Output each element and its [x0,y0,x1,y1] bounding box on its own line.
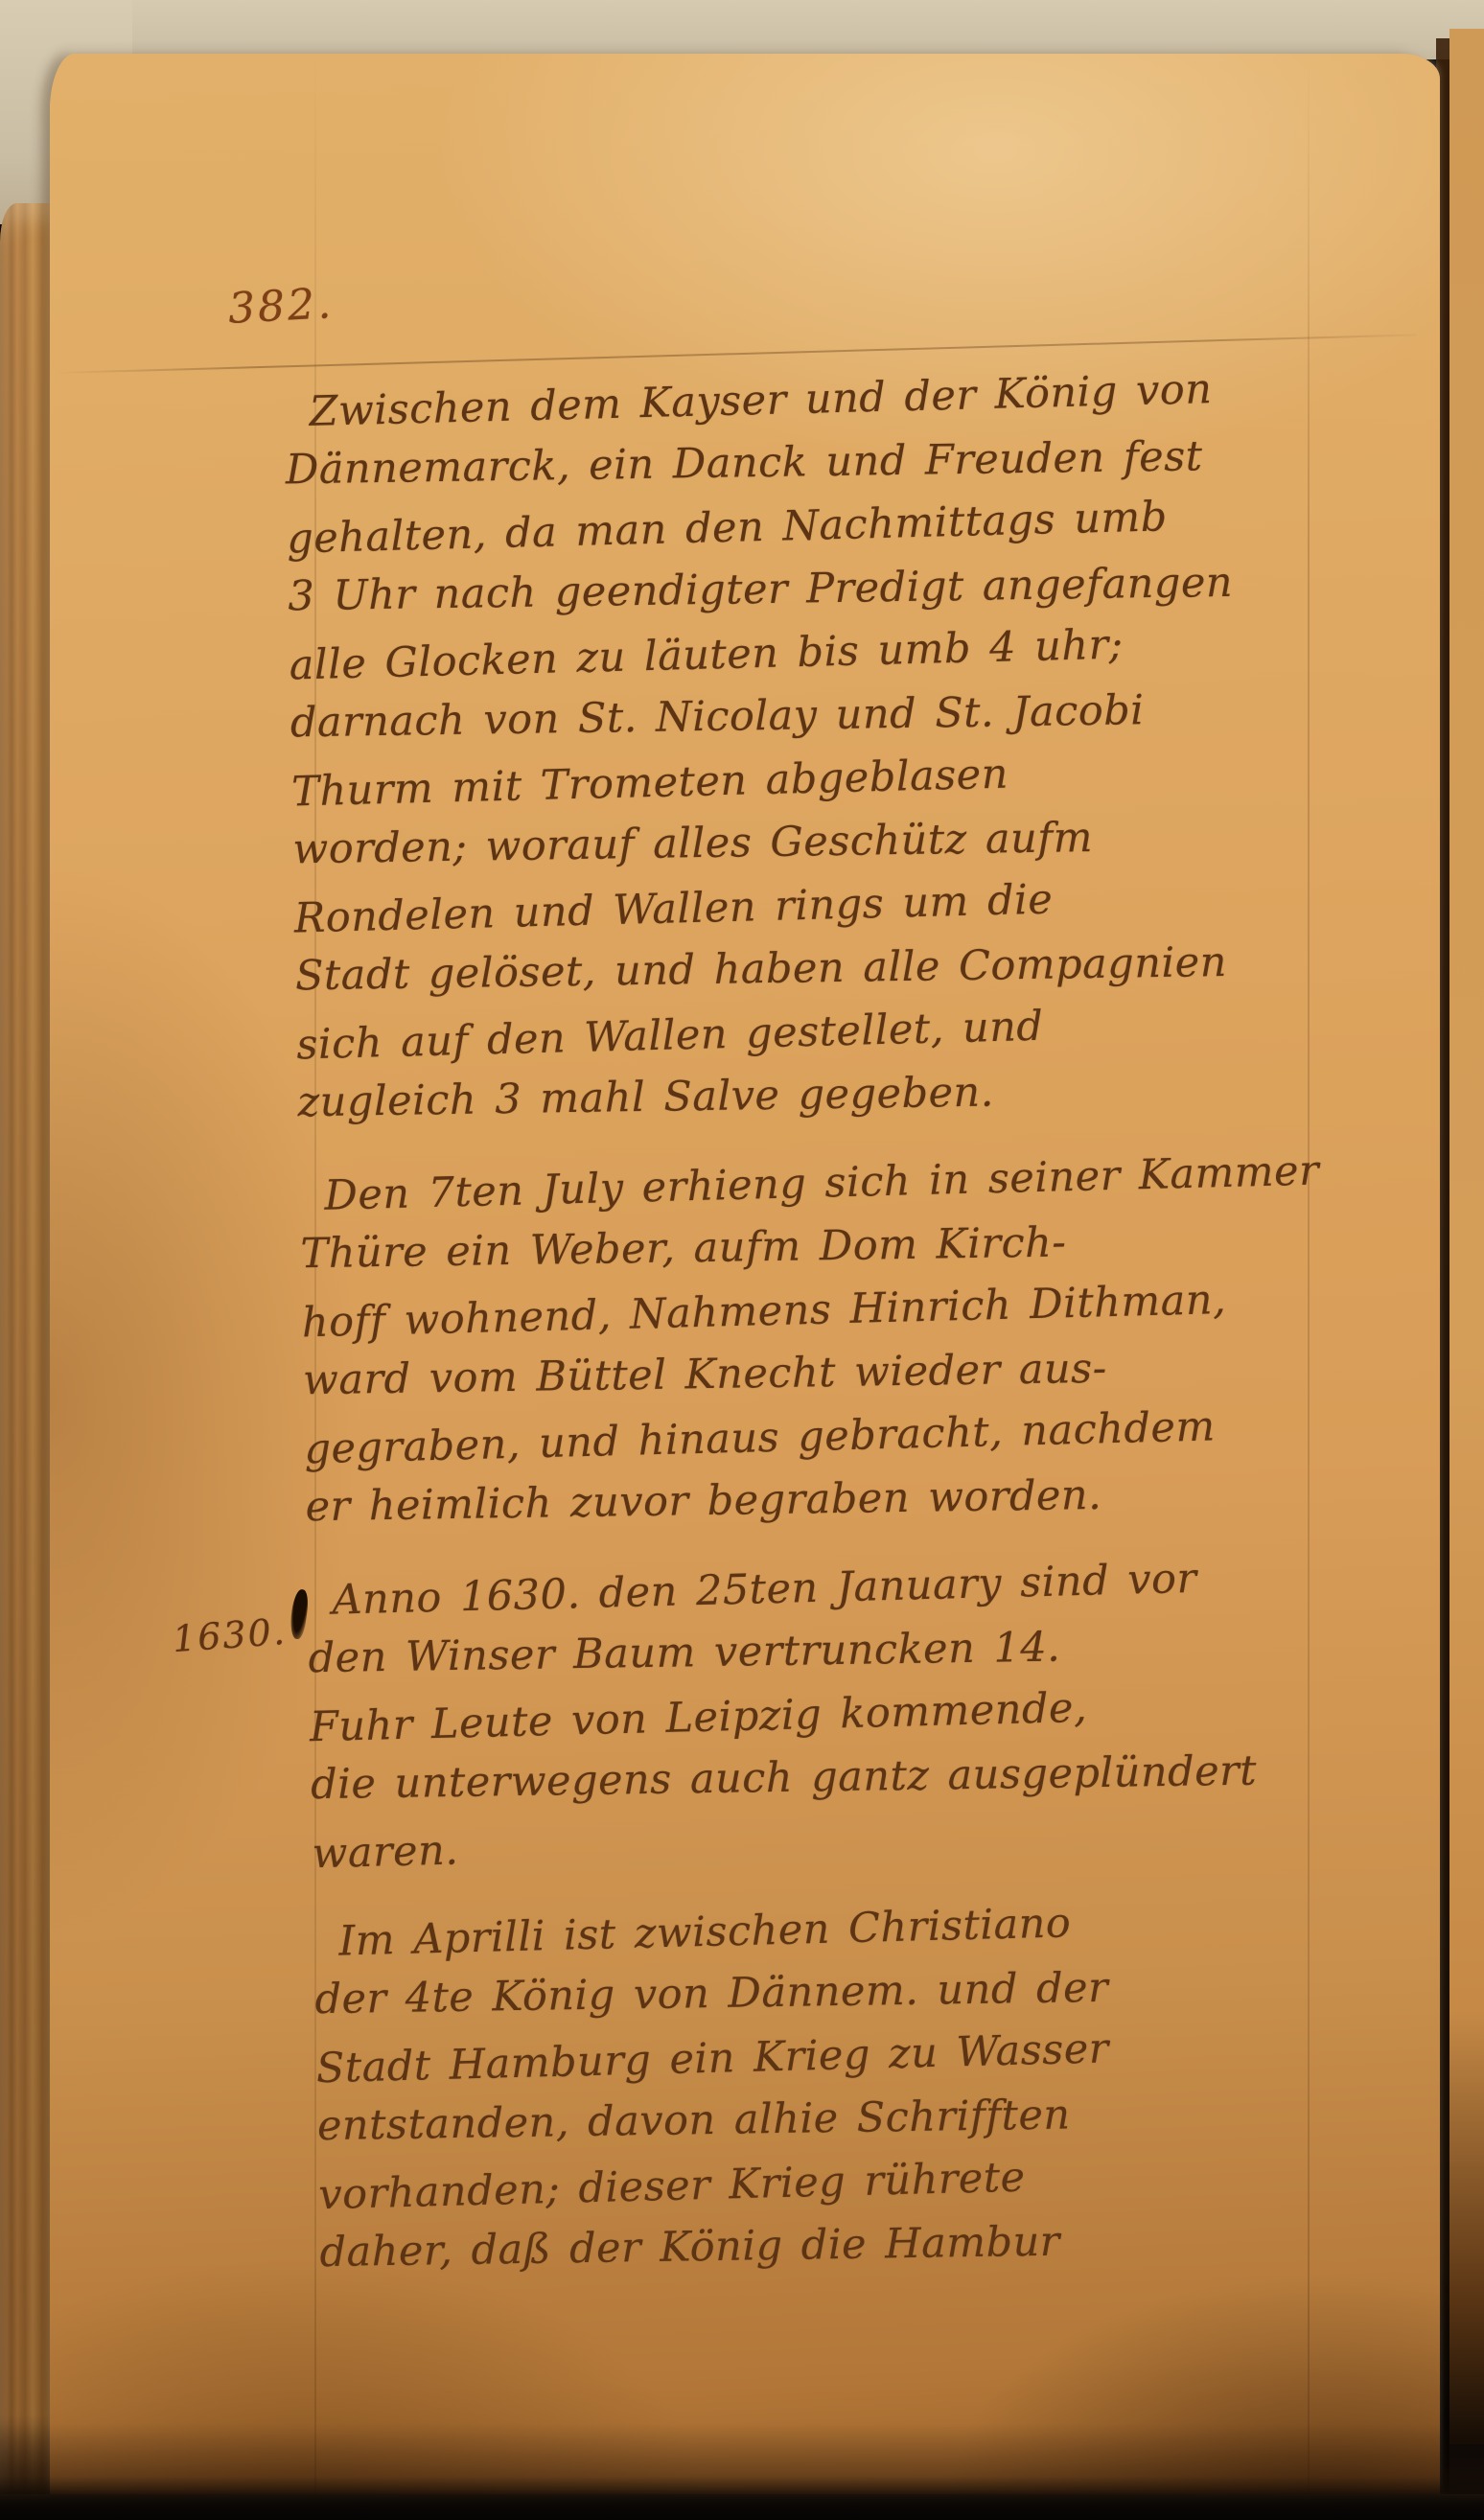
handwritten-text-block: Zwischen dem Kayser und der König vonDän… [284,357,1443,2312]
manuscript-paragraph: Zwischen dem Kayser und der König vonDän… [284,357,1420,1137]
scan-background-top [0,0,1484,59]
page-number: 382. [227,279,335,334]
margin-note-year: 1630. [172,1610,289,1660]
manuscript-photo: 382. 1630. Zwischen dem Kayser und der K… [0,0,1484,2520]
manuscript-paragraph: Den 7ten July erhieng sich in seiner Kam… [299,1140,1427,1540]
manuscript-paragraph: Anno 1630. den 25ten January sind vorden… [307,1544,1434,1882]
manuscript-paragraph: Im Aprilli ist zwischen Christianoder 4t… [313,1885,1442,2286]
manuscript-page: 382. 1630. Zwischen dem Kayser und der K… [50,54,1440,2500]
book-bottom-edge [0,2494,1484,2520]
adjacent-page-right [1449,29,1484,2444]
